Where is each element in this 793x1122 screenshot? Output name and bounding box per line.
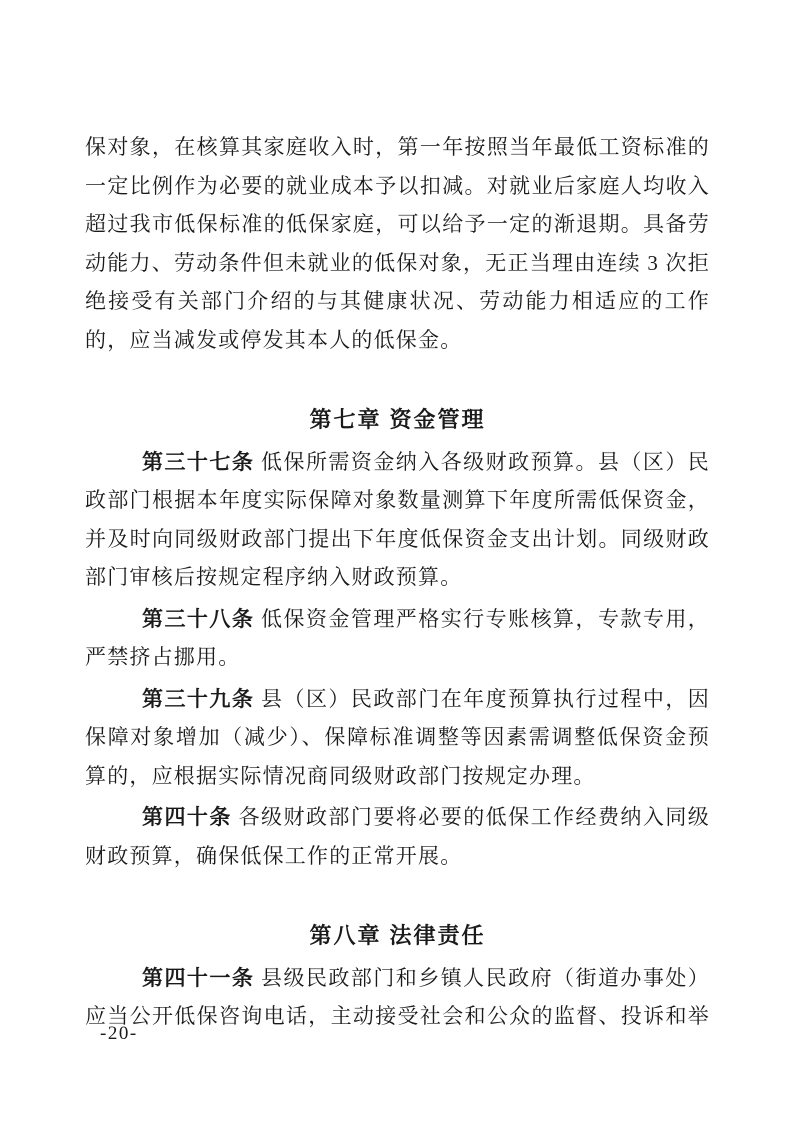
- text-line: 应当公开低保咨询电话，主动接受社会和公众的监督、投诉和举: [85, 997, 710, 1036]
- page-number: -20-: [100, 1022, 138, 1046]
- document-page: 保对象，在核算其家庭收入时，第一年按照当年最低工资标准的一定比例作为必要的就业成…: [0, 0, 793, 1122]
- text-line: 超过我市低保标准的低保家庭，可以给予一定的渐退期。具备劳: [85, 205, 710, 244]
- article-paragraph: 第四十条 各级财政部门要将必要的低保工作经费纳入同级财政预算，确保低保工作的正常…: [85, 798, 710, 875]
- article-first-line: 第四十条 各级财政部门要将必要的低保工作经费纳入同级: [85, 798, 710, 837]
- article-text: 低保资金管理严格实行专账核算，专款专用，: [261, 607, 710, 631]
- document-body: 保对象，在核算其家庭收入时，第一年按照当年最低工资标准的一定比例作为必要的就业成…: [85, 128, 710, 1036]
- article-number-label: 第四十条: [142, 806, 232, 829]
- chapter-heading: 第八章 法律责任: [85, 917, 710, 956]
- text-line: 一定比例作为必要的就业成本予以扣减。对就业后家庭人均收入: [85, 167, 710, 206]
- text-line: 算的，应根据实际情况商同级财政部门按规定办理。: [85, 757, 710, 796]
- text-line: 政部门根据本年度实际保障对象数量测算下年度所需低保资金，: [85, 481, 710, 520]
- article-number-label: 第三十七条: [142, 451, 254, 474]
- article-number-label: 第四十一条: [142, 967, 254, 990]
- text-line: 部门审核后按规定程序纳入财政预算。: [85, 558, 710, 597]
- text-line: 并及时向同级财政部门提出下年度低保资金支出计划。同级财政: [85, 520, 710, 559]
- article-first-line: 第四十一条 县级民政部门和乡镇人民政府（街道办事处）: [85, 959, 710, 998]
- paragraph: 保对象，在核算其家庭收入时，第一年按照当年最低工资标准的一定比例作为必要的就业成…: [85, 128, 710, 359]
- text-line: 动能力、劳动条件但未就业的低保对象，无正当理由连续 3 次拒: [85, 244, 710, 283]
- article-text: 县级民政部门和乡镇人民政府（街道办事处）: [261, 966, 710, 990]
- article-paragraph: 第三十九条 县（区）民政部门在年度预算执行过程中，因保障对象增加（减少）、保障标…: [85, 680, 710, 796]
- article-number-label: 第三十九条: [142, 688, 254, 711]
- article-first-line: 第三十九条 县（区）民政部门在年度预算执行过程中，因: [85, 680, 710, 719]
- article-paragraph: 第三十八条 低保资金管理严格实行专账核算，专款专用，严禁挤占挪用。: [85, 600, 710, 677]
- article-first-line: 第三十八条 低保资金管理严格实行专账核算，专款专用，: [85, 600, 710, 639]
- text-line: 的，应当减发或停发其本人的低保金。: [85, 321, 710, 360]
- text-line: 严禁挤占挪用。: [85, 638, 710, 677]
- article-text: 县（区）民政部门在年度预算执行过程中，因: [261, 687, 710, 711]
- text-line: 财政预算，确保低保工作的正常开展。: [85, 837, 710, 876]
- article-first-line: 第三十七条 低保所需资金纳入各级财政预算。县（区）民: [85, 443, 710, 482]
- text-line: 保对象，在核算其家庭收入时，第一年按照当年最低工资标准的: [85, 128, 710, 167]
- article-number-label: 第三十八条: [142, 608, 254, 631]
- article-paragraph: 第三十七条 低保所需资金纳入各级财政预算。县（区）民政部门根据本年度实际保障对象…: [85, 443, 710, 597]
- article-paragraph: 第四十一条 县级民政部门和乡镇人民政府（街道办事处）应当公开低保咨询电话，主动接…: [85, 959, 710, 1036]
- article-text: 低保所需资金纳入各级财政预算。县（区）民: [261, 450, 710, 474]
- article-text: 各级财政部门要将必要的低保工作经费纳入同级: [239, 805, 710, 829]
- text-line: 绝接受有关部门介绍的与其健康状况、劳动能力相适应的工作: [85, 282, 710, 321]
- text-line: 保障对象增加（减少）、保障标准调整等因素需调整低保资金预: [85, 718, 710, 757]
- chapter-heading: 第七章 资金管理: [85, 401, 710, 440]
